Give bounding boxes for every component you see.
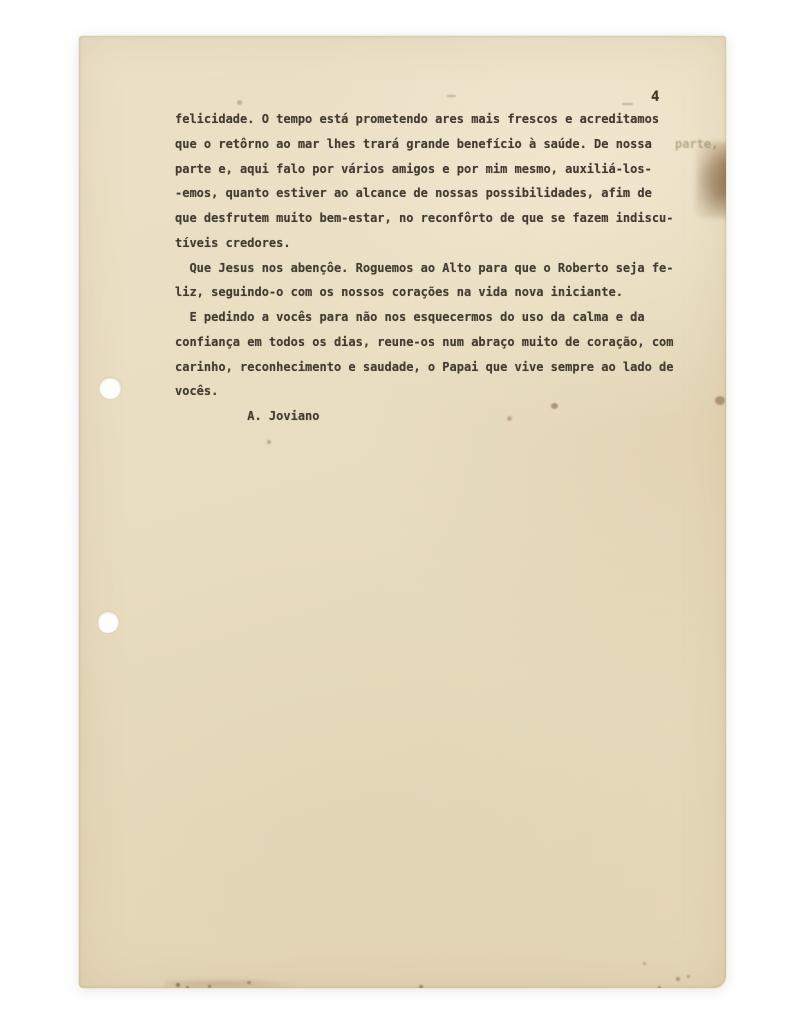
text-line: -emos, quanto estiver ao alcance de noss… [175,181,715,206]
text-line: que desfrutem muito bem-estar, no reconf… [175,206,715,231]
stain-freckle [237,100,242,105]
document-page: 4 parte, felicidade. O tempo está promet… [79,36,726,988]
text-line: parte e, aqui falo por vários amigos e p… [175,157,715,182]
text-line: Que Jesus nos abençôe. Roguemos ao Alto … [175,256,715,281]
overstrike-remnant [447,95,456,97]
signature-line: A. Joviano [175,404,715,429]
text-line: tíveis credores. [175,231,715,256]
edge-speck [186,986,189,988]
edge-speck [208,985,211,988]
overstrike-remnant [622,103,633,105]
text-line: vocês. [175,379,715,404]
scan-background: 4 parte, felicidade. O tempo está promet… [0,0,806,1024]
edge-speck [643,962,646,965]
punch-hole-bottom [98,611,119,633]
text-line: que o retôrno ao mar lhes trará grande b… [175,132,715,157]
text-line: confiança em todos os dias, reune-os num… [175,330,715,355]
page-number: 4 [651,89,659,105]
edge-speck [676,977,680,981]
text-line: felicidade. O tempo está prometendo ares… [175,107,715,132]
edge-speck [687,975,690,978]
edge-speck [658,986,661,988]
stain-freckle [267,440,271,444]
smudge-bottom-edge [165,978,305,988]
edge-speck [247,981,251,984]
punch-hole-top [99,377,121,399]
text-line: carinho, reconhecimento e saudade, o Pap… [175,355,715,380]
edge-speck [176,983,180,987]
text-line: liz, seguindo-o com os nossos corações n… [175,280,715,305]
typed-text-block: felicidade. O tempo está prometendo ares… [175,107,715,429]
text-line: E pedindo a vocês para não nos esquecerm… [175,305,715,330]
edge-speck [419,985,423,988]
stain-freckle [715,396,725,405]
